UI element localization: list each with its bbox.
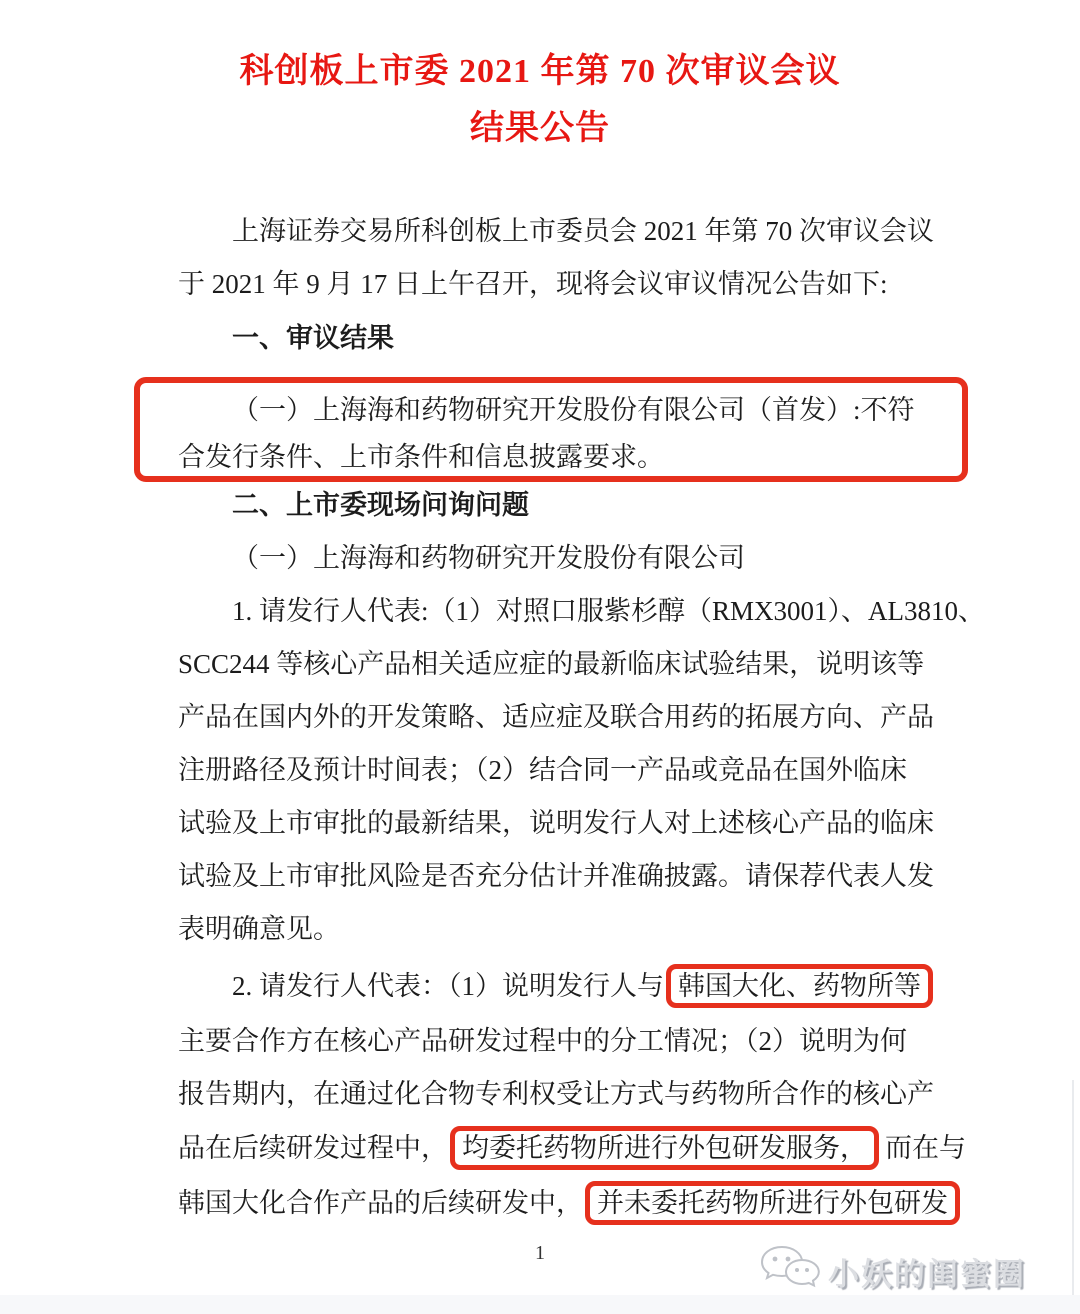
q1-line-7: 表明确意见。	[178, 903, 938, 956]
q1-line-2: SCC244 等核心产品相关适应症的最新临床试验结果，说明该等	[178, 638, 938, 691]
watermark: 小妖的闺蜜圈	[758, 1244, 1026, 1298]
document-title-line-1: 科创板上市委 2021 年第 70 次审议会议	[0, 44, 1080, 100]
highlight-box-not-outsourced: 并未委托药物所进行外包研发	[585, 1181, 960, 1225]
q2-line-4-tail: 而在与	[885, 1133, 966, 1163]
q2-line-1-text: 2. 请发行人代表：（1）说明发行人与	[232, 971, 664, 1001]
q2-line-1: 2. 请发行人代表：（1）说明发行人与韩国大化、药物所等	[178, 960, 938, 1013]
page-bottom-shade	[0, 1295, 1080, 1314]
section2-heading: 二、上市委现场问询问题	[178, 479, 938, 532]
q2-line-4-text: 品在后续研发过程中，	[178, 1133, 448, 1163]
intro-line-2: 于 2021 年 9 月 17 日上午召开，现将会议审议情况公告如下:	[178, 258, 938, 311]
intro-line-1: 上海证券交易所科创板上市委员会 2021 年第 70 次审议会议	[178, 205, 938, 258]
q2-line-2: 主要合作方在核心产品研发过程中的分工情况；（2）说明为何	[178, 1015, 938, 1068]
company-heading: （一）上海海和药物研究开发股份有限公司	[178, 532, 938, 585]
section1-heading: 一、审议结果	[178, 312, 938, 365]
page-edge-shadow	[1072, 1080, 1074, 1295]
q2-line-5-text: 韩国大化合作产品的后续研发中，	[178, 1188, 583, 1218]
q1-line-4: 注册路径及预计时间表；（2）结合同一产品或竞品在国外临床	[178, 744, 938, 797]
q1-line-3: 产品在国内外的开发策略、适应症及联合用药的拓展方向、产品	[178, 691, 938, 744]
highlight-box-result: （一）上海海和药物研究开发股份有限公司（首发）:不符 合发行条件、上市条件和信息…	[134, 377, 968, 482]
document-title-line-2: 结果公告	[0, 101, 1080, 157]
result-line-2: 合发行条件、上市条件和信息披露要求。	[178, 434, 962, 481]
watermark-text: 小妖的闺蜜圈	[828, 1249, 1026, 1294]
q1-line-6: 试验及上市审批风险是否充分估计并准确披露。请保荐代表人发	[178, 850, 938, 903]
wechat-icon	[758, 1244, 820, 1298]
highlight-box-outsourced: 均委托药物所进行外包研发服务，	[450, 1126, 879, 1170]
q1-line-5: 试验及上市审批的最新结果，说明发行人对上述核心产品的临床	[178, 797, 938, 850]
highlight-box-partners: 韩国大化、药物所等	[666, 964, 933, 1008]
q2-line-3: 报告期内，在通过化合物专利权受让方式与药物所合作的核心产	[178, 1068, 938, 1121]
announcement-page: 科创板上市委 2021 年第 70 次审议会议 结果公告 上海证券交易所科创板上…	[0, 0, 1080, 1314]
result-line-1: （一）上海海和药物研究开发股份有限公司（首发）:不符	[178, 387, 962, 434]
q1-line-1: 1. 请发行人代表:（1）对照口服紫杉醇（RMX3001）、AL3810、	[178, 585, 938, 638]
q2-line-4: 品在后续研发过程中，均委托药物所进行外包研发服务，而在与	[178, 1122, 938, 1175]
q2-line-5: 韩国大化合作产品的后续研发中，并未委托药物所进行外包研发	[178, 1177, 938, 1230]
